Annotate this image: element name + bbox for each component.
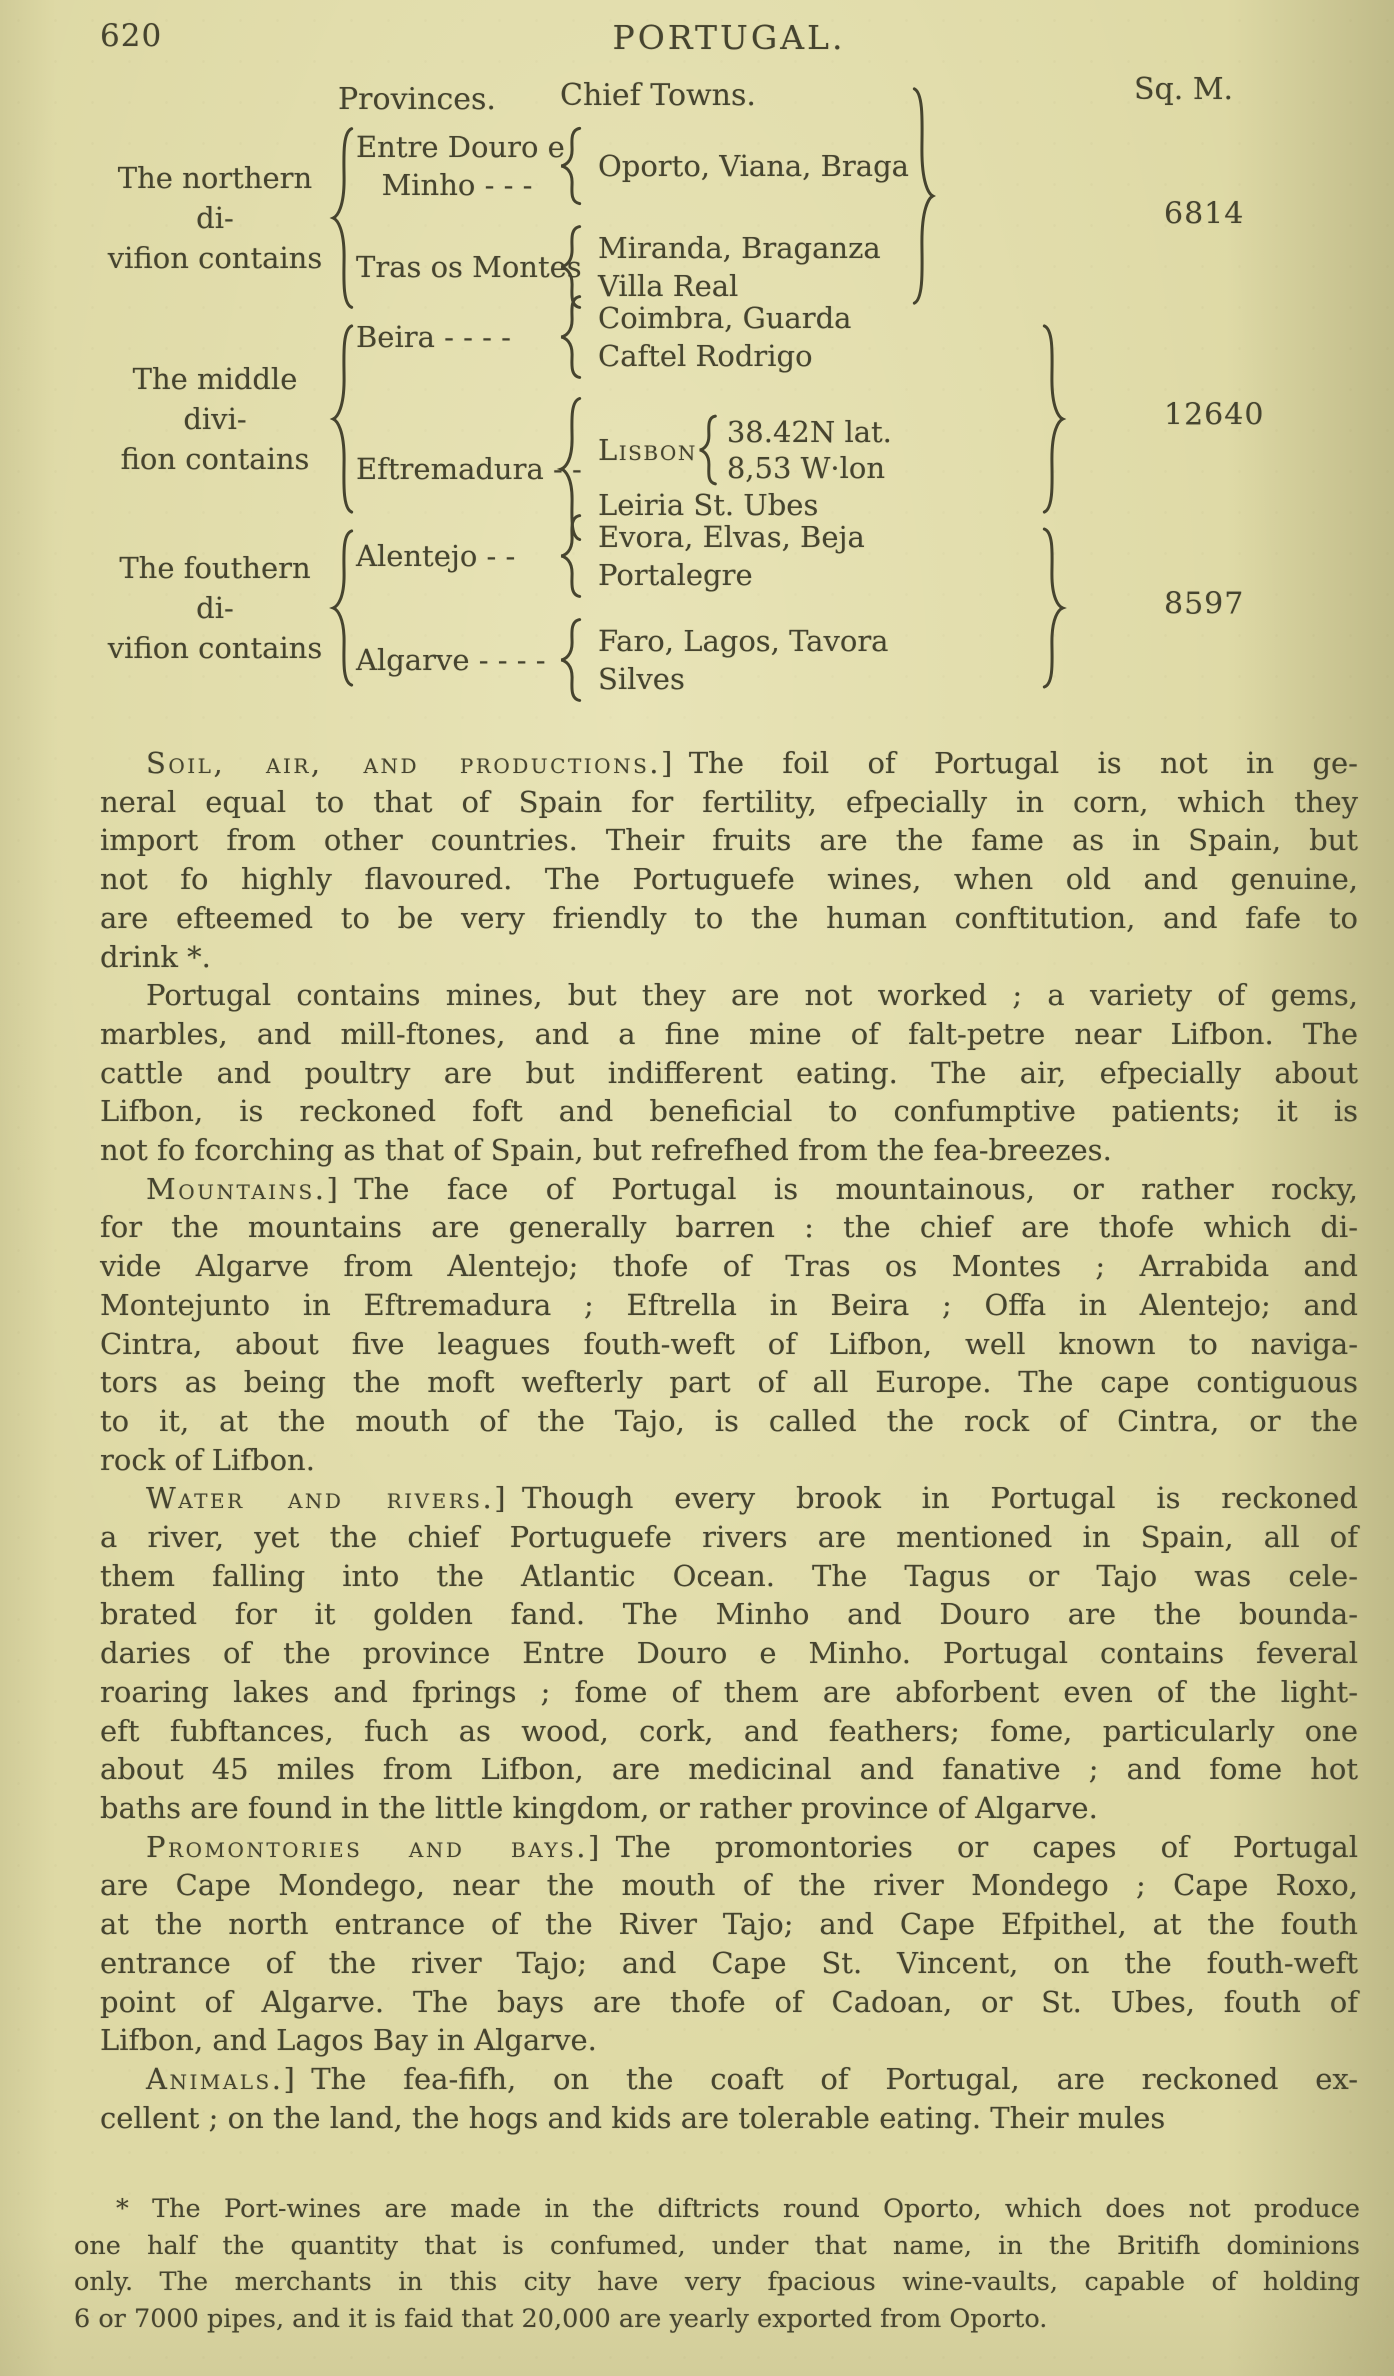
column-header-provinces: Provinces. bbox=[338, 82, 496, 117]
curly-brace-towns-icon bbox=[558, 126, 584, 206]
text-line: for the mountains are generally barren :… bbox=[100, 1208, 1358, 1247]
text-line: are efteemed to be very friendly to the … bbox=[100, 899, 1358, 938]
chief-towns-cell: Coimbra, Guarda Caftel Rodrigo bbox=[584, 299, 1040, 375]
paragraph-heading: Water and rivers.] bbox=[146, 1481, 508, 1515]
lisbon-coordinates-row: Lisbon 38.42N lat. 8,53 W·lon bbox=[598, 414, 1040, 486]
text-line: import from other countries. Their fruit… bbox=[100, 821, 1358, 860]
text-line: a river, yet the chief Portuguefe rivers… bbox=[100, 1518, 1358, 1557]
text-line: Animals.]The fea-fifh, on the coaft of P… bbox=[100, 2060, 1358, 2099]
text-line: roaring lakes and fprings ; fome of them… bbox=[100, 1673, 1358, 1712]
paragraph-soil-air-productions: Soil, air, and productions.]The foil of … bbox=[100, 744, 1358, 976]
text-line: cellent ; on the land, the hogs and kids… bbox=[100, 2099, 1358, 2138]
chief-towns-cell: Faro, Lagos, Tavora Silves bbox=[584, 622, 1040, 698]
text-line: rock of Lifbon. bbox=[100, 1441, 1358, 1480]
paragraph-heading: Mountains.] bbox=[146, 1172, 340, 1206]
curly-brace-nested-icon bbox=[697, 414, 719, 486]
province-cell: Eftremadura - - bbox=[356, 450, 558, 488]
division-label: The fouthern di- vifion contains bbox=[100, 548, 330, 668]
body-text: Soil, air, and productions.]The foil of … bbox=[100, 744, 1358, 2137]
curly-brace-left-icon bbox=[330, 320, 356, 518]
text-line: not fo highly flavoured. The Portuguefe … bbox=[100, 860, 1358, 899]
page-header: 620 PORTUGAL. bbox=[100, 18, 1358, 66]
paragraph-animals: Animals.]The fea-fifh, on the coaft of P… bbox=[100, 2060, 1358, 2137]
column-header-sq-m: Sq. M. bbox=[1134, 72, 1233, 107]
table-row-middle-division: The middle divi- fion contains Beira - -… bbox=[100, 316, 1358, 522]
footnote-line: * The Port-wines are made in the diftric… bbox=[74, 2191, 1360, 2228]
table-row-southern-division: The fouthern di- vifion contains Alentej… bbox=[100, 522, 1358, 694]
text-line: Mountains.]The face of Portugal is mount… bbox=[100, 1170, 1358, 1209]
curly-brace-right-icon bbox=[1040, 320, 1066, 518]
text-line: entrance of the river Tajo; and Cape St.… bbox=[100, 1944, 1358, 1983]
footnote-line: 6 or 7000 pipes, and it is faid that 20,… bbox=[74, 2301, 1360, 2338]
province-cell: Alentejo - - bbox=[356, 537, 558, 575]
page-title: PORTUGAL. bbox=[100, 18, 1358, 57]
text-line: cattle and poultry are but indifferent e… bbox=[100, 1054, 1358, 1093]
text-line: Lifbon, and Lagos Bay in Algarve. bbox=[100, 2021, 1358, 2060]
text-line: daries of the province Entre Douro e Min… bbox=[100, 1634, 1358, 1673]
text-line: neral equal to that of Spain for fertili… bbox=[100, 783, 1358, 822]
footnote-line: only. The merchants in this city have ve… bbox=[74, 2264, 1360, 2301]
table-header-row: Provinces. Chief Towns. Sq. M. bbox=[100, 76, 1358, 120]
division-label: The middle divi- fion contains bbox=[100, 359, 330, 479]
text-line: Water and rivers.]Though every brook in … bbox=[100, 1479, 1358, 1518]
division-label: The northern di- vifion contains bbox=[100, 158, 330, 278]
text-line: eft fubftances, fuch as wood, cork, and … bbox=[100, 1712, 1358, 1751]
curly-brace-towns-icon bbox=[558, 294, 584, 380]
text-line: brated for it golden fand. The Minho and… bbox=[100, 1595, 1358, 1634]
text-line: them falling into the Atlantic Ocean. Th… bbox=[100, 1557, 1358, 1596]
table-row: Beira - - - - Coimbra, Guarda Caftel Rod… bbox=[356, 294, 1040, 380]
divisions-table: Provinces. Chief Towns. Sq. M. The north… bbox=[100, 76, 1358, 694]
text-line: Soil, air, and productions.]The foil of … bbox=[100, 744, 1358, 783]
province-cell: Tras os Montes bbox=[356, 248, 558, 286]
curly-brace-right-icon bbox=[1040, 524, 1066, 692]
square-miles-value: 12640 bbox=[1164, 397, 1264, 432]
province-cell: Entre Douro e Minho - - - bbox=[356, 128, 558, 204]
text-line: tors as being the moft wefterly part of … bbox=[100, 1363, 1358, 1402]
chief-towns-cell: Evora, Elvas, Beja Portalegre bbox=[584, 518, 1040, 594]
curly-brace-right-icon bbox=[910, 82, 936, 310]
table-row: Entre Douro e Minho - - - Oporto, Viana,… bbox=[356, 126, 910, 206]
paragraph-mountains: Mountains.]The face of Portugal is mount… bbox=[100, 1170, 1358, 1480]
paragraph-water-and-rivers: Water and rivers.]Though every brook in … bbox=[100, 1479, 1358, 1827]
text-line: point of Algarve. The bays are thofe of … bbox=[100, 1983, 1358, 2022]
footnote: * The Port-wines are made in the diftric… bbox=[74, 2191, 1360, 2337]
paragraph-promontories-and-bays: Promontories and bays.]The promontories … bbox=[100, 1828, 1358, 2060]
text-line: about 45 miles from Lifbon, are medicina… bbox=[100, 1750, 1358, 1789]
text-line: vide Algarve from Alentejo; thofe of Tra… bbox=[100, 1247, 1358, 1286]
province-town-pairs: Alentejo - - Evora, Elvas, Beja Portaleg… bbox=[356, 504, 1040, 712]
curly-brace-left-icon bbox=[330, 526, 356, 690]
paragraph-mines-air: Portugal contains mines, but they are no… bbox=[100, 976, 1358, 1170]
paragraph-heading: Animals.] bbox=[146, 2062, 297, 2096]
paragraph-heading: Soil, air, and productions.] bbox=[146, 746, 675, 780]
paragraph-heading: Promontories and bays.] bbox=[146, 1830, 602, 1864]
lisbon-coordinates: 38.42N lat. 8,53 W·lon bbox=[719, 414, 892, 486]
curly-brace-left-icon bbox=[330, 123, 356, 313]
text-line: Cintra, about five leagues fouth-weft of… bbox=[100, 1325, 1358, 1364]
text-line: Portugal contains mines, but they are no… bbox=[100, 976, 1358, 1015]
text-line: Montejunto in Eftremadura ; Eftrella in … bbox=[100, 1286, 1358, 1325]
chief-towns-cell: Oporto, Viana, Braga bbox=[584, 147, 910, 185]
text-line: at the north entrance of the River Tajo;… bbox=[100, 1905, 1358, 1944]
table-row: Alentejo - - Evora, Elvas, Beja Portaleg… bbox=[356, 513, 1040, 599]
province-cell: Beira - - - - bbox=[356, 318, 558, 356]
province-cell: Algarve - - - - bbox=[356, 641, 558, 679]
text-line: Promontories and bays.]The promontories … bbox=[100, 1828, 1358, 1867]
curly-brace-towns-icon bbox=[558, 617, 584, 703]
curly-brace-towns-icon bbox=[558, 513, 584, 599]
text-line: baths are found in the little kingdom, o… bbox=[100, 1789, 1358, 1828]
text-line: marbles, and mill-ftones, and a fine min… bbox=[100, 1015, 1358, 1054]
square-miles-value: 8597 bbox=[1164, 586, 1244, 621]
text-line: Lifbon, is reckoned foft and beneficial … bbox=[100, 1092, 1358, 1131]
table-row: Algarve - - - - Faro, Lagos, Tavora Silv… bbox=[356, 617, 1040, 703]
book-page: 620 PORTUGAL. Provinces. Chief Towns. Sq… bbox=[0, 0, 1394, 2376]
square-miles-value: 6814 bbox=[1164, 196, 1244, 231]
footnote-line: one half the quantity that is confumed, … bbox=[74, 2228, 1360, 2265]
column-header-chief-towns: Chief Towns. bbox=[560, 78, 756, 113]
text-line: to it, at the mouth of the Tajo, is call… bbox=[100, 1402, 1358, 1441]
text-line: drink *. bbox=[100, 938, 1358, 977]
text-line: are Cape Mondego, near the mouth of the … bbox=[100, 1866, 1358, 1905]
lisbon-label: Lisbon bbox=[598, 431, 697, 469]
text-line: not fo fcorching as that of Spain, but r… bbox=[100, 1131, 1358, 1170]
